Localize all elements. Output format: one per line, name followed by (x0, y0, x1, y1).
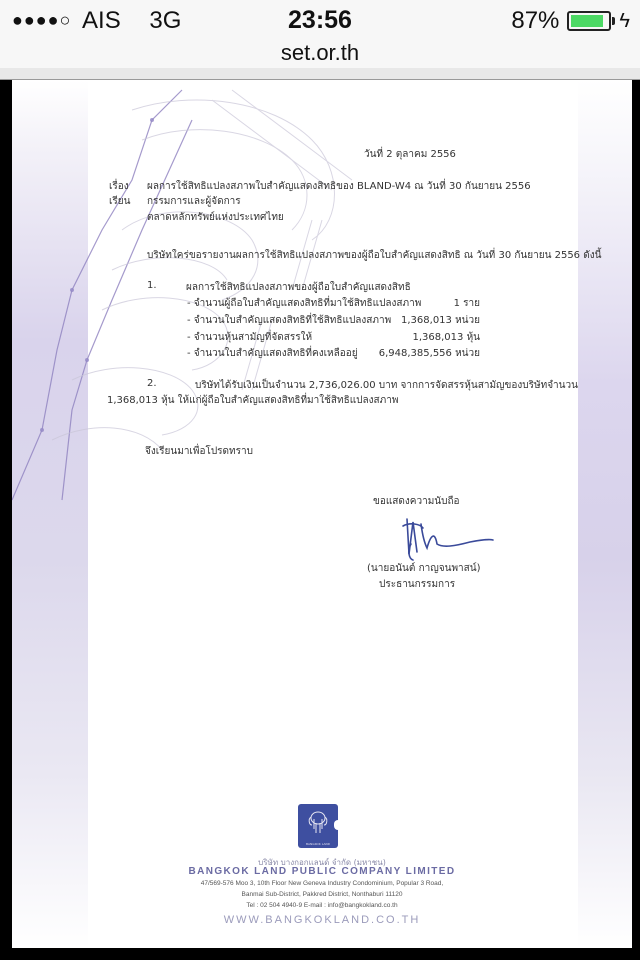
subject-label: เรื่อง (109, 179, 129, 194)
battery-icon (567, 11, 611, 31)
company-name-english: BANGKOK LAND PUBLIC COMPANY LIMITED (12, 866, 632, 877)
logo-caption: BANGKOK LAND (298, 842, 338, 846)
closing-request: จึงเรียนมาเพื่อโปรดทราบ (145, 444, 253, 459)
logo-notch (334, 820, 340, 830)
letter-intro: บริษัทใคร่ขอรายงานผลการใช้สิทธิแปลงสภาพข… (147, 248, 601, 263)
recipient-line-1: กรรมการและผู้จัดการ (147, 194, 241, 209)
letterhead-band-right (578, 80, 632, 948)
document-page[interactable]: วันที่ 2 ตุลาคม 2556 เรื่อง ผลการใช้สิทธ… (12, 80, 632, 948)
section-1-title: ผลการใช้สิทธิแปลงสภาพของผู้ถือใบสำคัญแสด… (186, 280, 411, 295)
section-2-line-1: บริษัทได้รับเงินเป็นจำนวน 2,736,026.00 บ… (195, 378, 578, 393)
url-bar[interactable]: set.or.th (0, 40, 640, 68)
item-value: 1,368,013 หน่วย (330, 313, 480, 328)
signer-title: ประธานกรรมการ (379, 577, 455, 592)
section-2-line-2: 1,368,013 หุ้น ให้แก่ผู้ถือใบสำคัญแสดงสิ… (107, 393, 398, 408)
item-label: - จำนวนหุ้นสามัญที่จัดสรรให้ (187, 330, 312, 345)
section-1-number: 1. (147, 280, 157, 291)
battery-tip (612, 17, 615, 25)
lightning-bolt-icon: ϟ (619, 10, 630, 33)
letterhead-band-left (12, 80, 88, 948)
address-line-1: 47/569-576 Moo 3, 10th Floor New Geneva … (12, 880, 632, 887)
elephant-icon (307, 809, 329, 835)
item-value: 1 ราย (330, 296, 480, 311)
address-line-2: Banmai Sub-District, Pakkred District, N… (12, 891, 632, 898)
item-value: 6,948,385,556 หน่วย (330, 346, 480, 361)
recipient-line-2: ตลาดหลักทรัพย์แห่งประเทศไทย (147, 210, 284, 225)
complimentary-close: ขอแสดงความนับถือ (373, 494, 460, 509)
url-text[interactable]: set.or.th (281, 40, 359, 65)
contact-info: Tel : 02 504 4940-9 E-mail : info@bangko… (12, 902, 632, 909)
website-link[interactable]: WWW.BANGKOKLAND.CO.TH (12, 914, 632, 926)
letter-subject: ผลการใช้สิทธิแปลงสภาพใบสำคัญแสดงสิทธิของ… (147, 179, 531, 194)
letter-date: วันที่ 2 ตุลาคม 2556 (364, 147, 456, 162)
battery-level (571, 15, 602, 27)
company-logo: BANGKOK LAND (298, 804, 338, 848)
toolbar-divider (0, 68, 640, 80)
signer-name: (นายอนันต์ กาญจนพาสน์) (367, 561, 481, 576)
battery-status: 87% ϟ (511, 7, 630, 35)
signature-image (395, 514, 495, 564)
section-2-number: 2. (147, 378, 157, 389)
recipient-label: เรียน (109, 194, 130, 209)
item-value: 1,368,013 หุ้น (330, 330, 480, 345)
status-bar: ●●●●○ AIS 3G 23:56 87% ϟ (0, 0, 640, 40)
battery-percent: 87% (511, 7, 559, 35)
